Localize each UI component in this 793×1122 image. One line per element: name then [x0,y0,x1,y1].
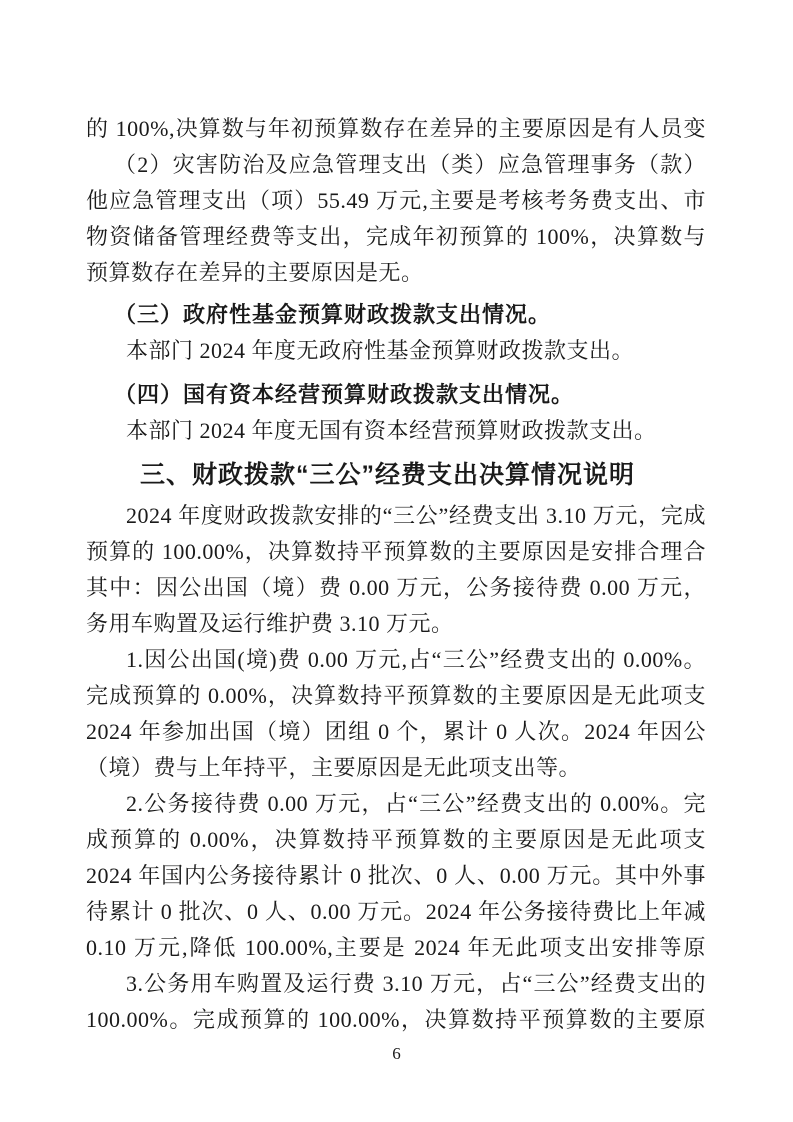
document-page: 的 100%,决算数与年初预算数存在差异的主要原因是有人员变动。 （2）灾害防治… [0,0,793,1122]
text-line: 2024 年参加出国（境）团组 0 个，累计 0 人次。2024 年因公出国 [86,714,706,750]
text-line-item-3-vehicles: 3.公务用车购置及运行费 3.10 万元，占“三公”经费支出的 [86,966,706,1002]
text-line: 成预算的 0.00%，决算数持平预算数的主要原因是无此项支出。 [86,822,706,858]
text-line: 预算数存在差异的主要原因是无。 [86,255,706,291]
text-line: 的 100%,决算数与年初预算数存在差异的主要原因是有人员变动。 [86,111,706,147]
text-line: 0.10 万元,降低 100.00%,主要是 2024 年无此项支出安排等原因。 [86,930,706,966]
text-line: 其中：因公出国（境）费 0.00 万元，公务接待费 0.00 万元，公 [86,570,706,606]
text-line: 本部门 2024 年度无国有资本经营预算财政拨款支出。 [86,413,706,449]
text-line: 完成预算的 0.00%，决算数持平预算数的主要原因是无此项支出。 [86,678,706,714]
text-line: 2024 年国内公务接待累计 0 批次、0 人、0.00 万元。其中外事接 [86,858,706,894]
document-body: 的 100%,决算数与年初预算数存在差异的主要原因是有人员变动。 （2）灾害防治… [0,0,793,1038]
text-line: 他应急管理支出（项）55.49 万元,主要是考核考务费支出、市级 [86,183,706,219]
text-line: 预算的 100.00%，决算数持平预算数的主要原因是安排合理合规。 [86,534,706,570]
text-line: 待累计 0 批次、0 人、0.00 万元。2024 年公务接待费比上年减少 [86,894,706,930]
text-line: 2024 年度财政拨款安排的“三公”经费支出 3.10 万元，完成 [86,498,706,534]
text-line: 物资储备管理经费等支出，完成年初预算的 100%，决算数与年初 [86,219,706,255]
text-line: 务用车购置及运行维护费 3.10 万元。 [86,606,706,642]
page-number: 6 [0,1044,793,1064]
text-line: 100.00%。完成预算的 100.00%，决算数持平预算数的主要原因是 [86,1002,706,1038]
text-line-item-1-abroad: 1.因公出国(境)费 0.00 万元,占“三公”经费支出的 0.00%。 [86,642,706,678]
text-line-item-2-reception: 2.公务接待费 0.00 万元，占“三公”经费支出的 0.00%。完 [86,786,706,822]
text-line: （境）费与上年持平，主要原因是无此项支出等。 [86,750,706,786]
heading-three-public-expenses: 三、财政拨款“三公”经费支出决算情况说明 [86,457,706,493]
heading-state-capital-budget: （四）国有资本经营预算财政拨款支出情况。 [86,377,706,413]
text-line: 本部门 2024 年度无政府性基金预算财政拨款支出。 [86,333,706,369]
heading-govt-fund-budget: （三）政府性基金预算财政拨款支出情况。 [86,297,706,333]
text-line-item-2-start: （2）灾害防治及应急管理支出（类）应急管理事务（款）其 [86,147,706,183]
